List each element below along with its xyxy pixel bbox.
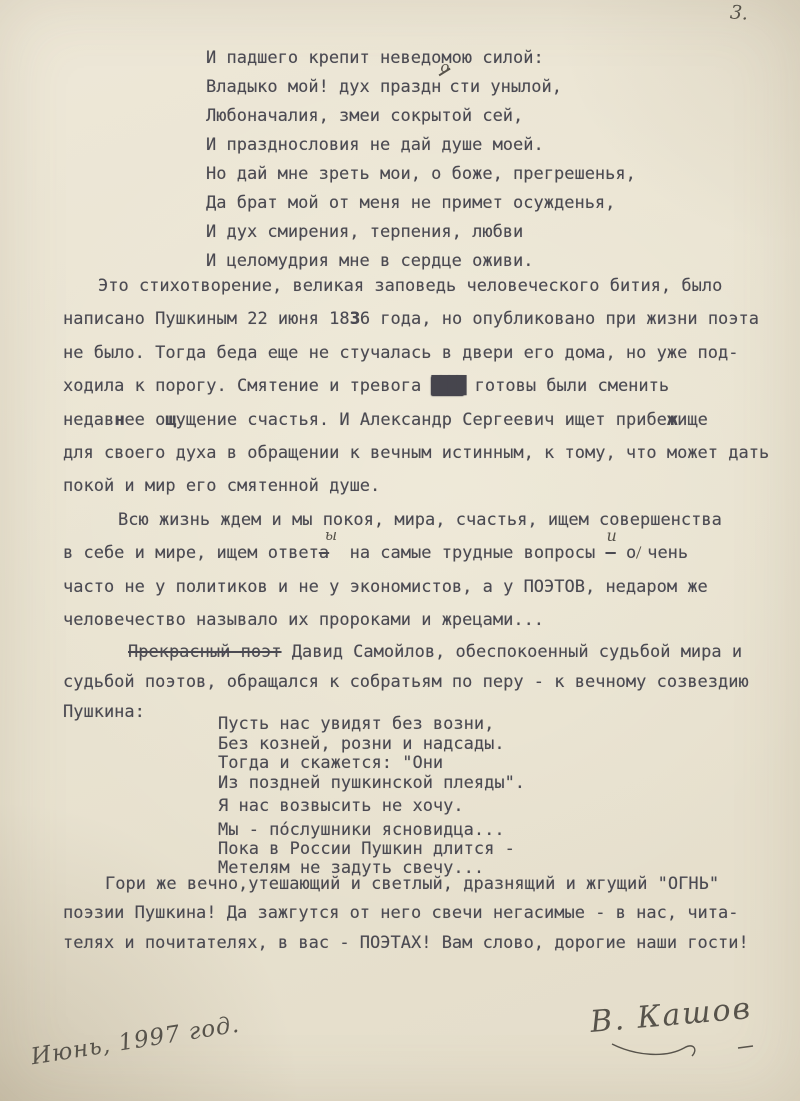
- text-line: Всю жизнь ждем и мы покоя, мира, счастья…: [63, 504, 797, 537]
- text-line-with-overtype: недавнее ощущение счастья. И Александр С…: [63, 404, 797, 437]
- poem-line: Любоначалия, змеи сокрытой сей,: [206, 102, 800, 131]
- signature-flourish: [606, 1036, 756, 1062]
- struck-dash: -: [605, 543, 615, 563]
- redacted-word: ████: [431, 376, 464, 396]
- text-segment: 6 года, но опубликовано при жизни поэта: [360, 309, 759, 329]
- handwritten-letter: и: [606, 529, 616, 543]
- text-segment: на самые трудные вопросы: [329, 543, 605, 563]
- poem-line: Мы - по́слушники ясновидца...: [218, 821, 800, 840]
- text-line: человечество называло их пророками и жре…: [63, 604, 797, 637]
- text-segment: недав: [63, 410, 114, 430]
- text-line-with-overtype: написано Пушкиным 22 июня 1836 года, но …: [63, 303, 797, 336]
- poem-line: И празднословия не дай душе моей.: [206, 131, 800, 160]
- text-line-with-corrections: в себе и мире, ищем ответаы на самые тру…: [63, 537, 797, 570]
- text-segment: ущение счастья. И Александр Сергеевич ищ…: [176, 410, 667, 430]
- scanned-typewritten-page: 3. И падшего крепит неведомою силой: Вла…: [0, 0, 800, 1101]
- poem-line: Но дай мне зреть мои, о боже, прегрешень…: [206, 160, 800, 189]
- text-segment: написано Пушкиным 22 июня 18: [63, 309, 350, 329]
- text-segment: ище: [677, 410, 708, 430]
- text-line: покой и мир его смятенной душе.: [63, 470, 797, 503]
- struck-letter: аы: [319, 543, 329, 563]
- dash-correction: -и: [605, 543, 615, 563]
- overtyped-letter: н: [114, 410, 124, 430]
- text-line: судьбой поэтов, обращался к собратьям по…: [63, 667, 797, 697]
- poem-line: И дух смирения, терпения, любви: [206, 218, 800, 247]
- signature: В. Кашов: [589, 991, 754, 1040]
- poem-line: Из поздней пушкинской плеяды".: [218, 774, 800, 793]
- text-line: Это стихотворение, великая заповедь чело…: [63, 270, 797, 303]
- handwritten-insert: о: [441, 75, 449, 92]
- poem-line-with-correction: Владыко мой! дух праздности унылой,: [206, 73, 800, 102]
- text-line: не было. Тогда беда еще не стучалась в д…: [63, 337, 797, 370]
- poem-line: Я нас возвысить не хочу.: [218, 797, 800, 816]
- paragraph-4: Гори же вечно,утешающий и светлый, дразн…: [63, 870, 797, 959]
- poem-line: Пусть нас увидят без возни,: [218, 715, 800, 734]
- text-line-with-strikethrough: Прекрасный поэт Давид Самойлов, обеспоко…: [63, 637, 797, 667]
- poem-block-samoylov: Пусть нас увидят без возни, Без козней, …: [218, 715, 800, 878]
- page-number: 3.: [729, 1, 749, 24]
- text-line: часто не у политиков и не у экономистов,…: [63, 571, 797, 604]
- poem-line: Пока в России Пушкин длится -: [218, 840, 800, 859]
- text-segment: ходила к порогу. Смятение и тревога: [63, 376, 431, 396]
- struck-letter-text: а: [319, 543, 329, 563]
- text-line: Гори же вечно,утешающий и светлый, дразн…: [63, 870, 797, 900]
- poem-line: Да брат мой от меня не примет осужденья,: [206, 189, 800, 218]
- struck-out-phrase: Прекрасный поэт: [128, 642, 282, 662]
- paragraph-1: Это стихотворение, великая заповедь чело…: [63, 270, 797, 504]
- poem-line: Тогда и скажется: "Они: [218, 754, 800, 773]
- text-line: телях и почитателях, в вас - ПОЭТАХ! Вам…: [63, 929, 797, 959]
- overtyped-letter: щ: [165, 410, 175, 430]
- poem-line: Без козней, розни и надсады.: [218, 735, 800, 754]
- text-line-with-redaction: ходила к порогу. Смятение и тревога ████…: [63, 370, 797, 403]
- text-segment: в себе и мире, ищем ответ: [63, 543, 319, 563]
- overtyped-letter: ж: [667, 410, 677, 430]
- text-segment: о: [616, 543, 636, 563]
- handwritten-letter: ы: [325, 528, 337, 542]
- poem-line: И падшего крепит неведомою силой:: [206, 44, 800, 73]
- text-line: поэзии Пушкина! Да зажгутся от него свеч…: [63, 899, 797, 929]
- text-segment: Давид Самойлов, обеспокоенный судьбой ми…: [282, 642, 743, 662]
- poem-line-text: сти унылой,: [449, 77, 562, 97]
- text-line: для своего духа в обращении к вечным ист…: [63, 437, 797, 470]
- text-segment: чень: [647, 543, 688, 563]
- paragraph-2: Всю жизнь ждем и мы покоя, мира, счастья…: [63, 504, 797, 638]
- handwritten-date: Июнь, 1997 год.: [29, 1012, 241, 1071]
- insert-caret-icon: [636, 546, 647, 561]
- overtyped-digit: 3: [350, 309, 360, 329]
- text-segment: ее о: [124, 410, 165, 430]
- poem-block-pushkin: И падшего крепит неведомою силой: Владык…: [206, 44, 800, 276]
- poem-line-text: Владыко мой! дух праздн: [206, 77, 441, 97]
- text-segment: готовы были сменить: [464, 376, 669, 396]
